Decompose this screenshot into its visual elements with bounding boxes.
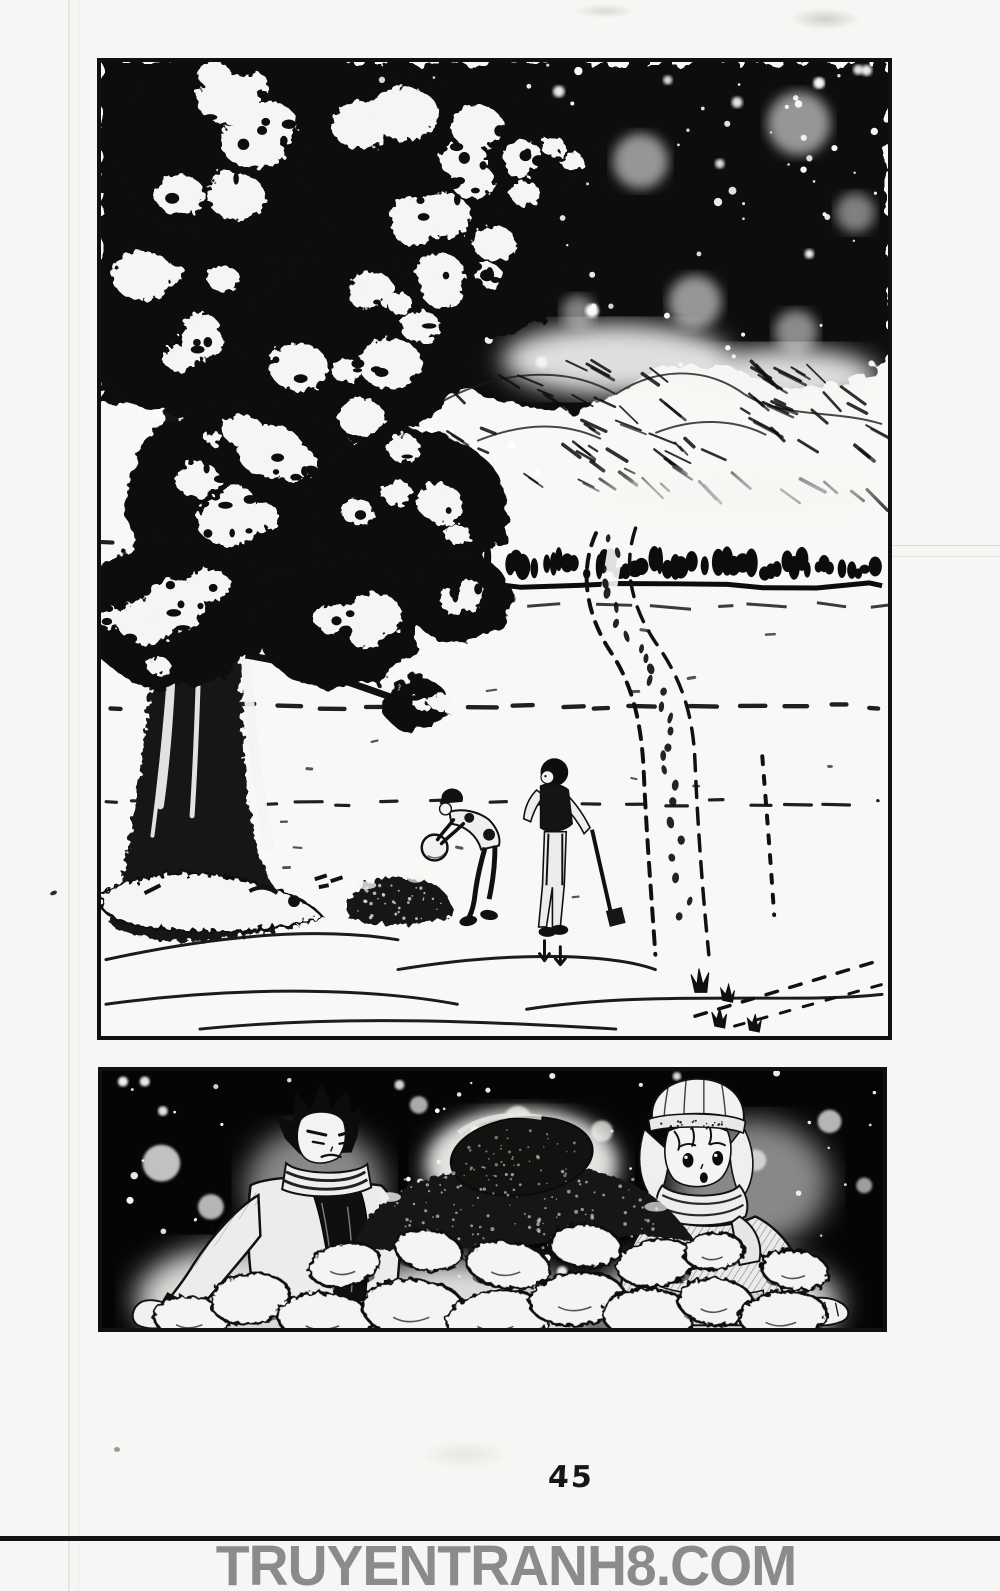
scan-smudge: [575, 4, 635, 18]
mountains: [438, 324, 888, 518]
scan-smudge: [790, 8, 860, 30]
watermark-text: TRUYENTRANH8.COM: [216, 1540, 796, 1591]
child-with-shovel: [524, 758, 626, 937]
page-number: 45: [547, 1460, 595, 1495]
scan-artifact-line: [892, 545, 1000, 546]
shovel: [592, 830, 612, 917]
snow-tree: [101, 62, 596, 941]
children-closeup-illustration: [102, 1071, 883, 1328]
panel-2-closeup: [98, 1067, 887, 1332]
ink-speck: [50, 890, 58, 896]
manga-page: 45 TRUYENTRANH8.COM: [0, 0, 1000, 1591]
scan-artifact-line: [68, 0, 70, 1591]
cap: [440, 789, 463, 804]
dirt-mound: [347, 876, 453, 925]
panel-1-landscape: [97, 58, 892, 1040]
snowball: [422, 835, 448, 861]
scan-smudge: [420, 1440, 510, 1470]
scan-artifact-line: [78, 0, 79, 1591]
ink-speck: [114, 1447, 120, 1452]
footprints: [600, 534, 694, 921]
scan-artifact-line: [892, 556, 1000, 557]
dark-vest: [541, 784, 573, 831]
snow-landscape-illustration: [101, 62, 888, 1036]
